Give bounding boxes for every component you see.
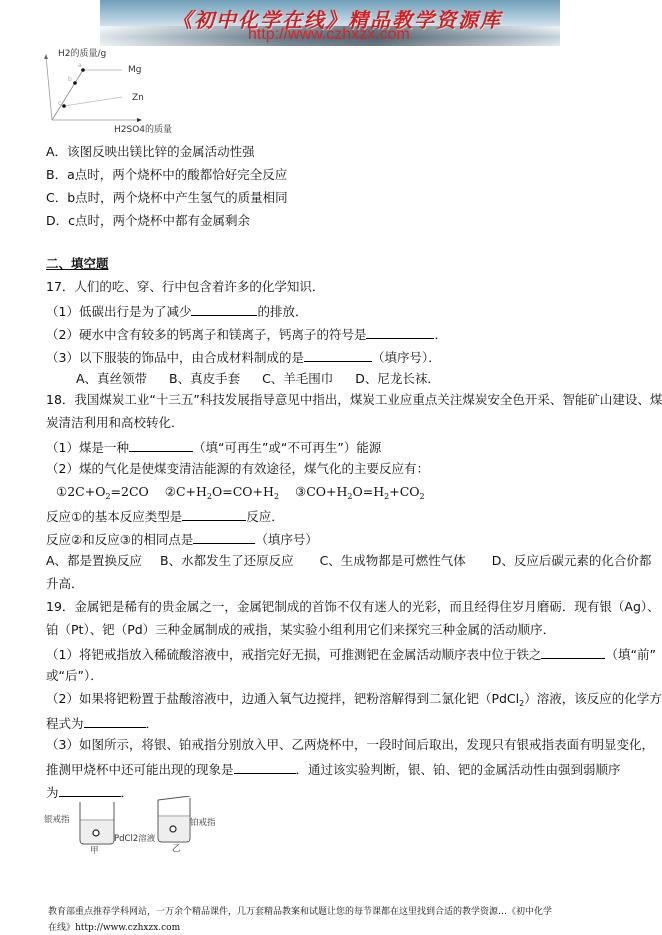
silver-ring-label: 银戒指 (44, 813, 70, 825)
section-title: 二、填空题 (46, 257, 109, 271)
q17-stem: 17．人们的吃、穿、行中包含着许多的化学知识． (46, 280, 324, 294)
point-b-label: b (68, 76, 72, 83)
beaker-yi-label: 乙 (172, 842, 181, 854)
choice-b: B、水都发生了还原反应 (160, 553, 294, 568)
q16-option-d: D．c点时，两个烧杯中都有金属剩余 (46, 214, 250, 228)
x-axis-label: H2SO4的质量 (114, 122, 172, 135)
answer-blank[interactable] (304, 349, 372, 362)
q19-part1-cont: 或“后”）． (46, 669, 103, 683)
choice-a: A、都是置换反应 (46, 553, 142, 568)
q17-part2: （2）硬水中含有较多的钙离子和镁离子，钙离子的符号是． (46, 326, 447, 342)
chart-axes-and-lines (40, 46, 180, 134)
q19-part2: （2）如果将钯粉置于盐酸溶液中，边通入氧气边搅拌，钯粉溶解得到二氯化钯（PdCl… (46, 692, 662, 706)
answer-blank[interactable] (129, 439, 193, 452)
point-c-label: c (58, 100, 61, 107)
q19-stem-line1: 19．金属钯是稀有的贵金属之一，金属钯制成的首饰不仅有迷人的光彩，而且经得住岁月… (46, 600, 660, 614)
q18-choices-cont: 升高． (46, 577, 84, 591)
beaker-experiment-figure: 银戒指 PdCl2溶液 铂戒指 甲 乙 (40, 796, 240, 856)
answer-blank[interactable] (84, 715, 146, 728)
answer-blank[interactable] (366, 326, 434, 339)
q18-reaction1: 反应①的基本反应类型是反应． (46, 508, 284, 524)
y-axis-label: H2的质量/g (58, 46, 106, 59)
q17-choices: A、真丝领带 B、真皮手套 C、羊毛围巾 D、尼龙长袜． (76, 372, 440, 386)
choice-c: C、生成物都是可燃性气体 (320, 553, 466, 568)
choice-d: D、尼龙长袜． (355, 371, 440, 386)
q18-part1: （1）煤是一种（填“可再生”或“不可再生”）能源 (46, 439, 381, 455)
option-key: C． (46, 190, 67, 205)
choice-a: A、真丝领带 (76, 371, 147, 386)
q18-part2: （2）煤的气化是使煤变清洁能源的有效途径，煤气化的主要反应有： (46, 462, 429, 476)
q19-part3-line1: （3）如图所示，将银、铂戒指分别放入甲、乙两烧杯中，一段时间后取出，发现只有银戒… (46, 738, 654, 752)
q16-option-a: A．该图反映出镁比锌的金属活动性强 (46, 145, 255, 159)
q16-option-c: C．b点时，两个烧杯中产生氢气的质量相同 (46, 191, 288, 205)
q19-part2-cont: 程式为． (46, 715, 158, 731)
footer-line1: 教育部重点推荐学科网站，一万余个精品课件，几万套精品教案和试题让您的每节课都在这… (48, 906, 552, 918)
option-text: 该图反映出镁比锌的金属活动性强 (67, 144, 255, 159)
equation-2: ②C+H2O=CO+H2 (165, 484, 279, 499)
option-key: B． (46, 167, 67, 182)
q17-part3: （3）以下服装的饰品中，由合成材料制成的是（填序号）． (46, 349, 441, 365)
q18-stem-line2: 炭清洁利用和高校转化． (46, 416, 184, 430)
hydrogen-mass-chart: H2的质量/g Mg Zn H2SO4的质量 a b c (40, 46, 180, 134)
platinum-ring-label: 铂戒指 (190, 816, 216, 828)
choice-c: C、羊毛围巾 (262, 371, 333, 386)
answer-blank[interactable] (234, 761, 296, 774)
choice-b: B、真皮手套 (169, 371, 240, 386)
q17-part1: （1）低碳出行是为了减少的排放． (46, 303, 307, 319)
choice-d: D、反应后碳元素的化合价都 (492, 553, 652, 568)
beaker-jia-label: 甲 (90, 844, 99, 856)
series-label-mg: Mg (128, 65, 141, 75)
option-text: a点时，两个烧杯中的酸都恰好完全反应 (67, 167, 287, 182)
answer-blank[interactable] (182, 508, 246, 521)
q18-reaction2: 反应②和反应③的相同点是（填序号） (46, 531, 318, 547)
answer-blank[interactable] (193, 531, 255, 544)
q19-part3-line2: 推测甲烧杯中还可能出现的现象是．通过该实验判断，银、铂、钯的金属活动性由强到弱顺… (46, 761, 621, 777)
equation-1: ①2C+O2=2CO (56, 484, 149, 499)
footer-line2: 在线》http://www.czhxzx.com (48, 922, 180, 934)
answer-blank[interactable] (541, 646, 605, 659)
option-key: A． (46, 144, 67, 159)
site-banner: 《初中化学在线》精品教学资源库 http://www.czhxzx.com (100, 0, 560, 46)
q16-option-b: B．a点时，两个烧杯中的酸都恰好完全反应 (46, 168, 287, 182)
point-a-label: a (78, 62, 82, 69)
series-label-zn: Zn (132, 93, 144, 103)
q18-choices: A、都是置换反应 B、水都发生了还原反应 C、生成物都是可燃性气体 D、反应后碳… (46, 554, 651, 568)
answer-blank[interactable] (191, 303, 257, 316)
q18-equations: ①2C+O2=2CO ②C+H2O=CO+H2 ③CO+H2O=H2+CO2 (56, 485, 425, 499)
equation-3: ③CO+H2O=H2+CO2 (295, 484, 425, 499)
option-text: b点时，两个烧杯中产生氢气的质量相同 (67, 190, 287, 205)
q18-stem-line1: 18．我国煤炭工业“十三五”科技发展指导意见中指出，煤炭工业应重点关注煤炭安全色… (46, 393, 662, 407)
banner-url[interactable]: http://www.czhxzx.com (248, 26, 410, 44)
q19-stem-line2: 铂（Pt）、钯（Pd）三种金属制成的戒指，某实验小组利用它们来探究三种金属的活动… (46, 623, 555, 637)
pdcl2-solution-label: PdCl2溶液 (114, 832, 155, 844)
option-text: c点时，两个烧杯中都有金属剩余 (68, 213, 250, 228)
q19-part1: （1）将钯戒指放入稀硫酸溶液中，戒指完好无损，可推测钯在金属活动顺序表中位于铁之… (46, 646, 656, 662)
option-key: D． (46, 213, 68, 228)
